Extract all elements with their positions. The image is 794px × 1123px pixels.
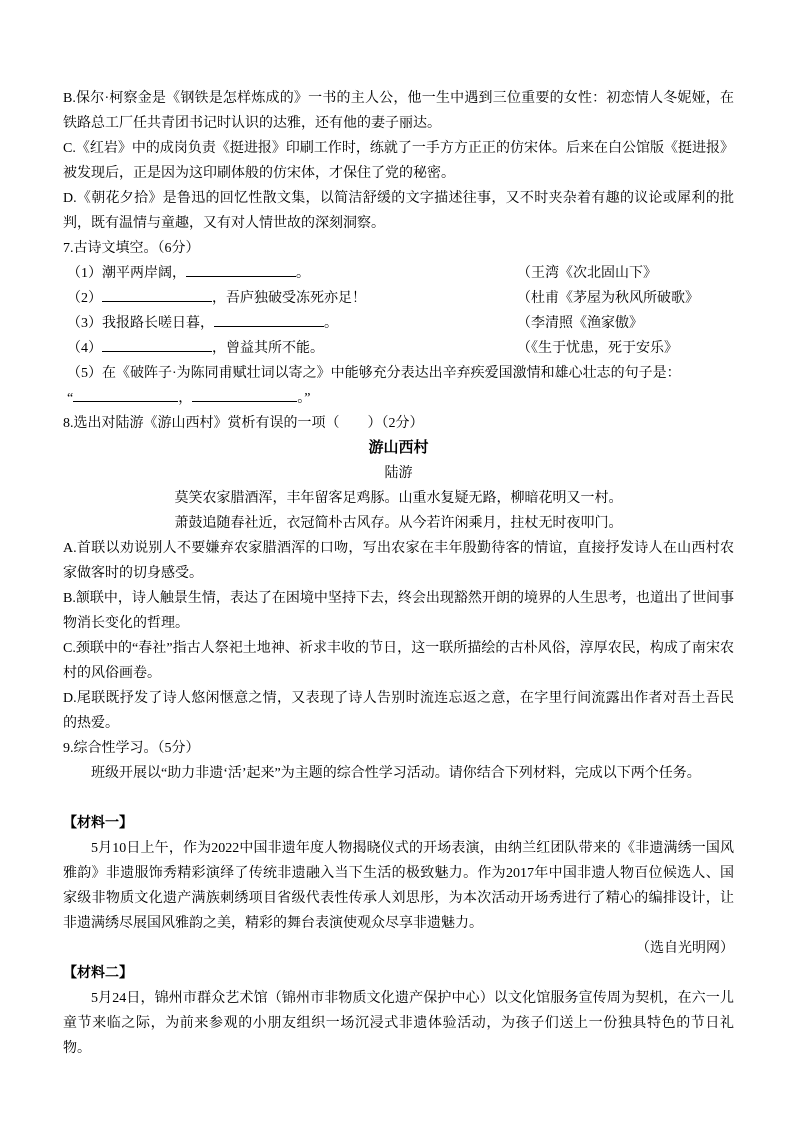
q7-item-1-source: （王湾《次北固山下》: [517, 261, 657, 286]
quote-close: 。”: [297, 391, 310, 406]
question-7: 7.古诗文填空。（6分） （1）潮平两岸阔，。 （王湾《次北固山下》 （2），吾…: [63, 236, 734, 411]
q8-heading: 8.选出对陆游《游山西村》赏析有误的一项（ ）（2分）: [63, 411, 734, 436]
q7-item-2-source: （杜甫《茅屋为秋风所破歌》: [517, 286, 699, 311]
literature-option-c: C.《红岩》中的成岗负责《挺进报》印刷工作时，练就了一手方方正正的仿宋体。后来在…: [63, 136, 734, 186]
poem-author: 陆游: [63, 461, 734, 486]
exam-page: B.保尔·柯察金是《钢铁是怎样炼成的》一书的主人公，他一生中遇到三位重要的女性：…: [0, 0, 794, 1123]
q7-item-3-after: 。: [324, 316, 338, 331]
answer-blank: [186, 261, 296, 277]
material-2-text: 5月24日，锦州市群众艺术馆（锦州市非物质文化遗产保护中心）以文化馆服务宣传周为…: [63, 986, 734, 1061]
q7-item-5-quote: “，。”: [63, 386, 734, 411]
q7-item-2-after: ，吾庐独破受冻死亦足！: [212, 291, 366, 306]
q7-item-1-before: （1）潮平两岸阔，: [67, 266, 186, 281]
q7-heading: 7.古诗文填空。（6分）: [63, 236, 734, 261]
q8-option-c: C.颈联中的“春社”指古人祭祀土地神、祈求丰收的节日，这一联所描绘的古朴风俗，淳…: [63, 636, 734, 686]
material-1-text: 5月10日上午，作为2022中国非遗年度人物揭晓仪式的开场表演，由纳兰红团队带来…: [63, 836, 734, 936]
q7-item-2-before: （2）: [67, 291, 102, 306]
q8-option-a: A.首联以劝说别人不要嫌弃农家腊酒浑的口吻，写出农家在丰年殷勤待客的情谊，直接抒…: [63, 536, 734, 586]
answer-blank: [73, 386, 178, 402]
q8-option-d: D.尾联既抒发了诗人悠闲惬意之情，又表现了诗人告别时流连忘返之意，在字里行间流露…: [63, 686, 734, 736]
material-2-label: 【材料二】: [63, 961, 734, 986]
literature-option-d: D.《朝花夕拾》是鲁迅的回忆性散文集，以简洁舒缓的文字描述往事，又不时夹杂着有趣…: [63, 186, 734, 236]
answer-blank: [102, 336, 212, 352]
literature-option-b: B.保尔·柯察金是《钢铁是怎样炼成的》一书的主人公，他一生中遇到三位重要的女性：…: [63, 86, 734, 136]
poem-title: 游山西村: [63, 436, 734, 461]
poem-line-1: 莫笑农家腊酒浑，丰年留客足鸡豚。山重水复疑无路，柳暗花明又一村。: [63, 486, 734, 511]
section-literature-options: B.保尔·柯察金是《钢铁是怎样炼成的》一书的主人公，他一生中遇到三位重要的女性：…: [63, 86, 734, 236]
material-1-source: （选自光明网）: [63, 936, 734, 961]
q9-intro: 班级开展以“助力非遗‘活’起来”为主题的综合性学习活动。请你结合下列材料，完成以…: [63, 761, 734, 786]
q7-item-4: （4），曾益其所不能。 （《生于忧患，死于安乐》: [63, 336, 734, 361]
q9-heading: 9.综合性学习。（5分）: [63, 736, 734, 761]
q8-option-b: B.颔联中，诗人触景生情，表达了在困境中坚持下去，终会出现豁然开朗的境界的人生思…: [63, 586, 734, 636]
material-1-label: 【材料一】: [63, 811, 734, 836]
question-9: 9.综合性学习。（5分） 班级开展以“助力非遗‘活’起来”为主题的综合性学习活动…: [63, 736, 734, 1061]
q7-item-5-text: （5）在《破阵子·为陈同甫赋壮词以寄之》中能够充分表达出辛弃疾爱国激情和雄心壮志…: [63, 361, 734, 386]
quote-separator: ，: [178, 391, 192, 406]
q7-item-1: （1）潮平两岸阔，。 （王湾《次北固山下》: [63, 261, 734, 286]
answer-blank: [192, 386, 297, 402]
q7-item-3-before: （3）我报路长嗟日暮，: [67, 316, 214, 331]
blank-line: [63, 786, 734, 811]
q7-item-4-before: （4）: [67, 341, 102, 356]
question-8: 8.选出对陆游《游山西村》赏析有误的一项（ ）（2分） 游山西村 陆游 莫笑农家…: [63, 411, 734, 736]
q7-item-1-after: 。: [296, 266, 310, 281]
poem-line-2: 萧鼓追随春社近，衣冠简朴古风存。从今若许闲乘月，拄杖无时夜叩门。: [63, 511, 734, 536]
q7-item-3-source: （李清照《渔家傲》: [517, 311, 643, 336]
q7-item-4-after: ，曾益其所不能。: [212, 341, 324, 356]
q7-item-2: （2），吾庐独破受冻死亦足！ （杜甫《茅屋为秋风所破歌》: [63, 286, 734, 311]
q7-item-4-source: （《生于忧患，死于安乐》: [517, 336, 678, 361]
q7-item-3: （3）我报路长嗟日暮，。 （李清照《渔家傲》: [63, 311, 734, 336]
answer-blank: [102, 286, 212, 302]
answer-blank: [214, 311, 324, 327]
